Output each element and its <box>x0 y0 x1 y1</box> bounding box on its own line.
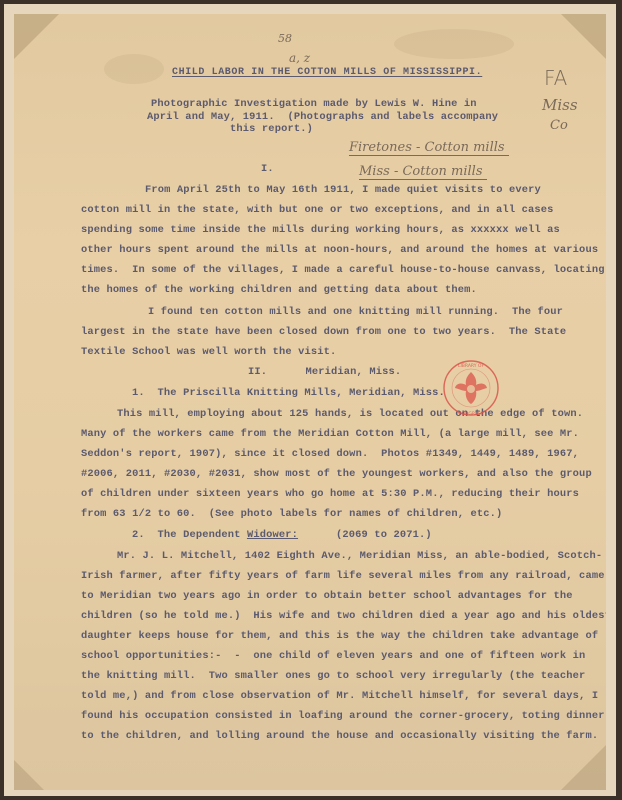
photo-frame: 58 a, z FA Miss Co Firetones - Cotton mi… <box>0 0 622 800</box>
subtitle-line: Photographic Investigation made by Lewis… <box>151 98 477 110</box>
item-heading-underlined: Widower: <box>247 529 298 541</box>
svg-text:CONGRESS: CONGRESS <box>458 411 483 417</box>
handwritten-note-1: Firetones - Cotton mills <box>349 140 509 156</box>
paragraph-line: the knitting mill. Two smaller ones go t… <box>81 670 585 682</box>
paragraph-line: children (so he told me.) His wife and t… <box>81 610 606 622</box>
paragraph-line: largest in the state have been closed do… <box>81 326 566 338</box>
paragraph-line: to Meridian two years ago in order to ob… <box>81 590 573 602</box>
subtitle-line: April and May, 1911. (Photographs and la… <box>147 111 498 123</box>
paragraph-line: Mr. J. L. Mitchell, 1402 Eighth Ave., Me… <box>117 550 602 562</box>
paragraph-line: the homes of the working children and ge… <box>81 284 477 296</box>
library-of-congress-stamp-icon: LIBRARY OF CONGRESS <box>441 358 501 418</box>
paragraph-line: from 63 1/2 to 60. (See photo labels for… <box>81 508 502 520</box>
paragraph-line: spending some time inside the mills duri… <box>81 224 560 236</box>
document-title: CHILD LABOR IN THE COTTON MILLS OF MISSI… <box>172 67 482 78</box>
section-heading: II. Meridian, Miss. <box>248 366 401 378</box>
paragraph-line: to the children, and lolling around the … <box>81 730 598 742</box>
svg-text:LIBRARY OF: LIBRARY OF <box>458 363 485 369</box>
paper-stain <box>394 29 514 59</box>
handwritten-ref: a, z <box>289 51 310 65</box>
margin-note-fa: FA <box>544 66 567 90</box>
paragraph-line: daughter keeps house for them, and this … <box>81 630 598 642</box>
handwritten-note-2: Miss - Cotton mills <box>359 164 487 180</box>
corner-mount-top-left <box>14 14 59 59</box>
paragraph-line: Irish farmer, after fifty years of farm … <box>81 570 605 582</box>
paragraph-line: I found ten cotton mills and one knittin… <box>148 306 563 318</box>
paragraph-line: This mill, employing about 125 hands, is… <box>117 408 583 420</box>
paragraph-line: Many of the workers came from the Meridi… <box>81 428 579 440</box>
handwritten-page-number: 58 <box>278 32 292 45</box>
paragraph-line: Seddon's report, 1907), since it closed … <box>81 448 579 460</box>
item-heading-prefix: 2. The Dependent <box>132 529 247 541</box>
item-photo-ref: (2069 to 2071.) <box>336 529 432 541</box>
paragraph-line: #2006, 2011, #2030, #2031, show most of … <box>81 468 592 480</box>
paragraph-line: times. In some of the villages, I made a… <box>81 264 605 276</box>
paragraph-line: cotton mill in the state, with but one o… <box>81 204 554 216</box>
corner-mount-top-right <box>561 14 606 59</box>
corner-mount-bottom-right <box>561 745 606 790</box>
item-heading: 1. The Priscilla Knitting Mills, Meridia… <box>132 387 445 399</box>
paragraph-line: told me,) and from close observation of … <box>81 690 598 702</box>
margin-note-co: Co <box>550 118 568 133</box>
item-heading: 2. The Dependent Widower: <box>132 529 298 541</box>
paragraph-line: Textile School was well worth the visit. <box>81 346 336 358</box>
paper-stain <box>104 54 164 84</box>
paragraph-line: found his occupation consisted in loafin… <box>81 710 605 722</box>
paragraph-line: of children under sixteen years who go h… <box>81 488 579 500</box>
subtitle-line: this report.) <box>230 123 313 135</box>
paragraph-line: school opportunities:- - one child of el… <box>81 650 585 662</box>
corner-mount-bottom-left <box>14 760 44 790</box>
document-page: 58 a, z FA Miss Co Firetones - Cotton mi… <box>14 14 606 790</box>
paragraph-line: From April 25th to May 16th 1911, I made… <box>145 184 541 196</box>
paragraph-line: other hours spent around the mills at no… <box>81 244 598 256</box>
section-heading: I. <box>261 163 274 175</box>
margin-note-miss: Miss <box>542 96 578 114</box>
